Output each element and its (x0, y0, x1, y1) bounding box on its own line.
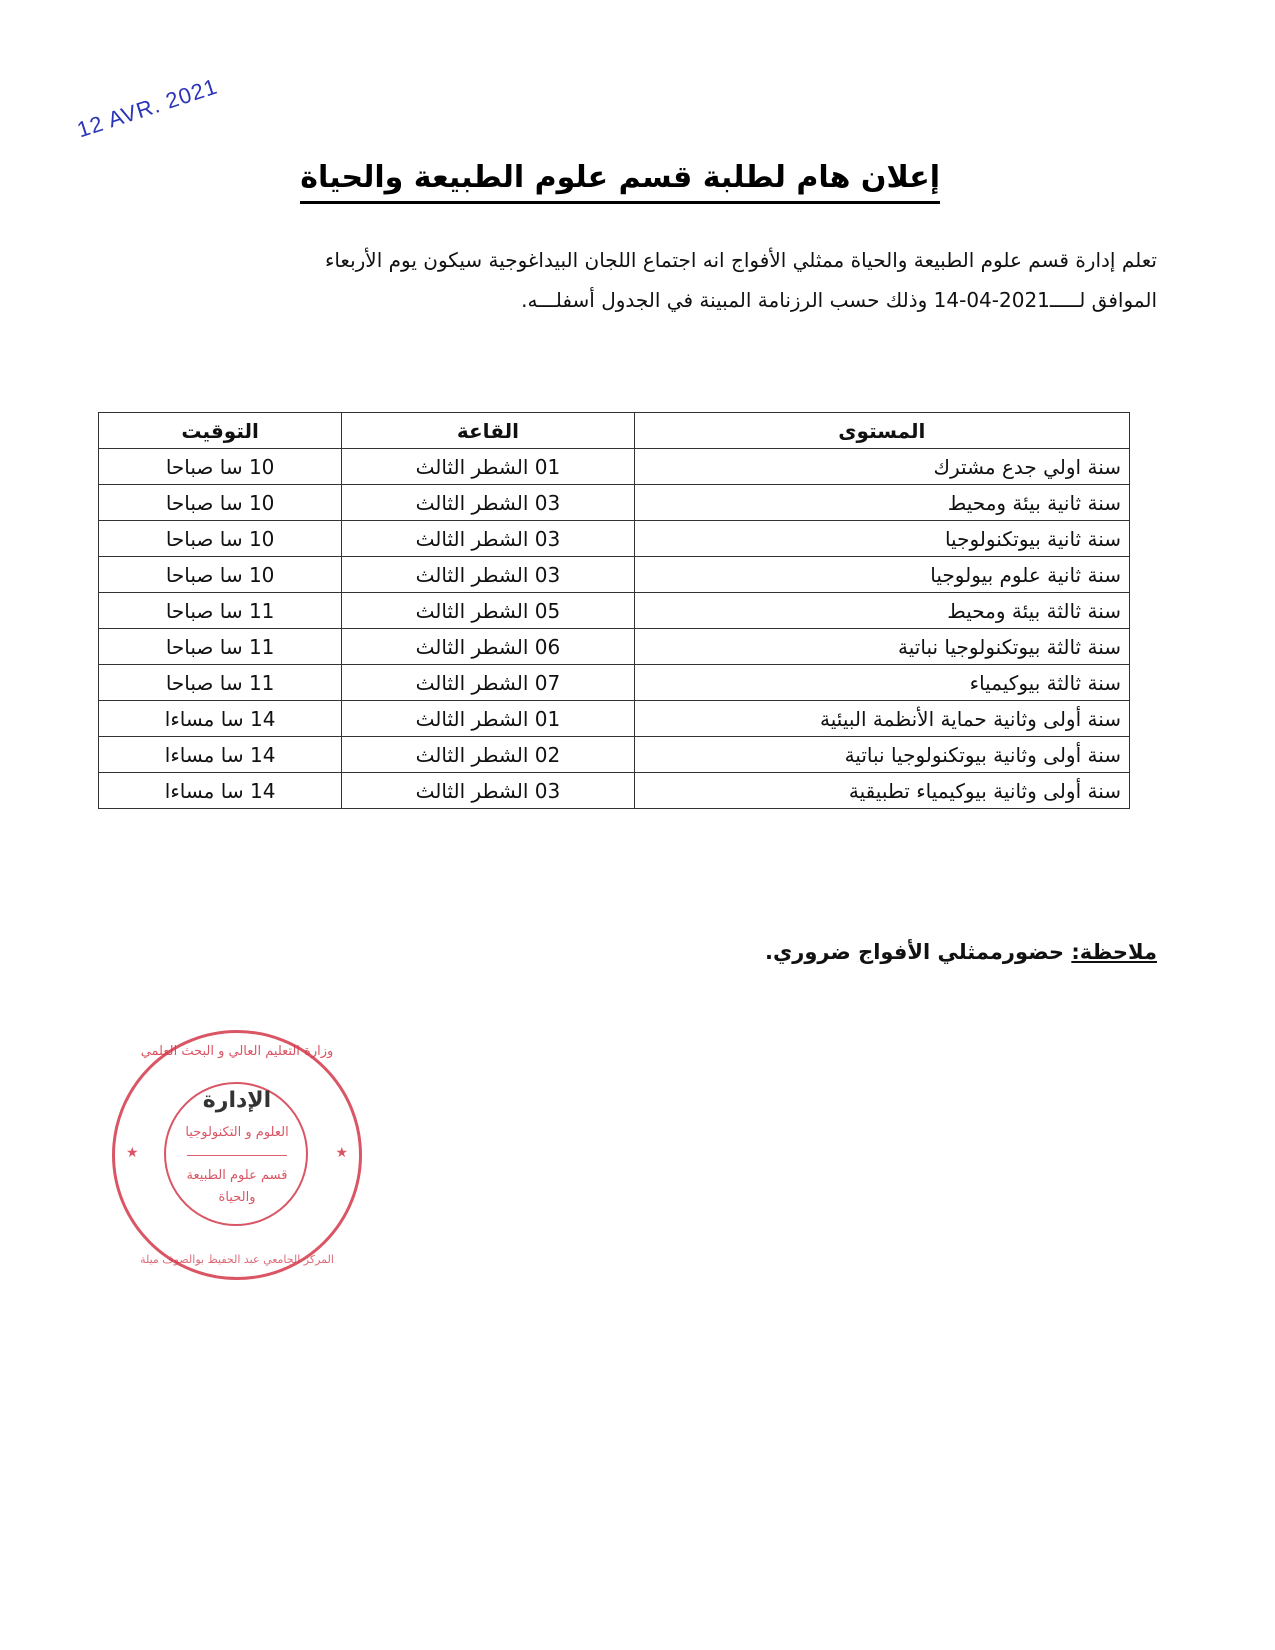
intro-paragraph: تعلم إدارة قسم علوم الطبيعة والحياة ممثل… (127, 240, 1157, 320)
intro-line-2: الموافق لـــــ2021-04-14 وذلك حسب الرزنا… (127, 280, 1157, 320)
cell-level: سنة ثالثة بيئة ومحيط (634, 593, 1129, 629)
seal-line-1: العلوم و التكنولوجيا (152, 1125, 322, 1140)
cell-room: 01 الشطر الثالث (342, 449, 634, 485)
cell-room: 03 الشطر الثالث (342, 557, 634, 593)
seal-line-2: قسم علوم الطبيعة (152, 1168, 322, 1183)
seal-title: الإدارة (112, 1088, 362, 1113)
seal-ring-top-text: وزارة التعليم العالي و البحث العلمي (112, 1044, 362, 1059)
cell-level: سنة اولي جدع مشترك (634, 449, 1129, 485)
table-row: سنة ثانية بيوتكنولوجيا 03 الشطر الثالث 1… (99, 521, 1130, 557)
cell-time: 14 سا مساءا (99, 773, 342, 809)
header-room: القاعة (342, 413, 634, 449)
cell-time: 10 سا صباحا (99, 485, 342, 521)
table-row: سنة ثانية علوم بيولوجيا 03 الشطر الثالث … (99, 557, 1130, 593)
star-icon: ★ (126, 1145, 139, 1161)
cell-room: 03 الشطر الثالث (342, 485, 634, 521)
date-received-stamp: 12 AVR. 2021 (74, 73, 221, 143)
note-label: ملاحظة: (1071, 940, 1157, 964)
meeting-schedule-table: المستوى القاعة التوقيت سنة اولي جدع مشتر… (98, 412, 1130, 809)
star-icon: ★ (335, 1145, 348, 1161)
page-title: إعلان هام لطلبة قسم علوم الطبيعة والحياة (300, 160, 940, 204)
cell-level: سنة ثالثة بيوتكنولوجيا نباتية (634, 629, 1129, 665)
cell-room: 05 الشطر الثالث (342, 593, 634, 629)
seal-ring-bottom-text: المركز الجامعي عبد الحفيظ بوالصوف ميلة (112, 1253, 362, 1266)
cell-level: سنة أولى وثانية بيوتكنولوجيا نباتية (634, 737, 1129, 773)
seal-line-3: والحياة (152, 1190, 322, 1205)
cell-level: سنة ثالثة بيوكيمياء (634, 665, 1129, 701)
cell-time: 14 سا مساءا (99, 701, 342, 737)
table-row: سنة ثالثة بيوتكنولوجيا نباتية 06 الشطر ا… (99, 629, 1130, 665)
table-header-row: المستوى القاعة التوقيت (99, 413, 1130, 449)
cell-level: سنة أولى وثانية حماية الأنظمة البيئية (634, 701, 1129, 737)
cell-time: 10 سا صباحا (99, 557, 342, 593)
cell-time: 14 سا مساءا (99, 737, 342, 773)
table-row: سنة اولي جدع مشترك 01 الشطر الثالث 10 سا… (99, 449, 1130, 485)
note: ملاحظة: حضورممثلي الأفواج ضروري. (765, 940, 1157, 964)
cell-level: سنة ثانية علوم بيولوجيا (634, 557, 1129, 593)
header-level: المستوى (634, 413, 1129, 449)
table-row: سنة أولى وثانية حماية الأنظمة البيئية 01… (99, 701, 1130, 737)
table-row: سنة أولى وثانية بيوتكنولوجيا نباتية 02 ا… (99, 737, 1130, 773)
cell-time: 10 سا صباحا (99, 521, 342, 557)
cell-room: 03 الشطر الثالث (342, 773, 634, 809)
intro-line-1: تعلم إدارة قسم علوم الطبيعة والحياة ممثل… (127, 240, 1157, 280)
cell-room: 02 الشطر الثالث (342, 737, 634, 773)
table-row: سنة ثالثة بيوكيمياء 07 الشطر الثالث 11 س… (99, 665, 1130, 701)
table-row: سنة ثالثة بيئة ومحيط 05 الشطر الثالث 11 … (99, 593, 1130, 629)
cell-room: 01 الشطر الثالث (342, 701, 634, 737)
cell-room: 07 الشطر الثالث (342, 665, 634, 701)
cell-time: 11 سا صباحا (99, 593, 342, 629)
cell-time: 10 سا صباحا (99, 449, 342, 485)
table-row: سنة ثانية بيئة ومحيط 03 الشطر الثالث 10 … (99, 485, 1130, 521)
cell-time: 11 سا صباحا (99, 665, 342, 701)
cell-level: سنة ثانية بيوتكنولوجيا (634, 521, 1129, 557)
note-text: حضورممثلي الأفواج ضروري. (765, 940, 1071, 964)
cell-level: سنة أولى وثانية بيوكيمياء تطبيقية (634, 773, 1129, 809)
table-row: سنة أولى وثانية بيوكيمياء تطبيقية 03 الش… (99, 773, 1130, 809)
cell-room: 03 الشطر الثالث (342, 521, 634, 557)
cell-level: سنة ثانية بيئة ومحيط (634, 485, 1129, 521)
seal-divider (187, 1155, 287, 1156)
cell-time: 11 سا صباحا (99, 629, 342, 665)
official-seal: وزارة التعليم العالي و البحث العلمي ★ ★ … (112, 1030, 362, 1280)
header-time: التوقيت (99, 413, 342, 449)
cell-room: 06 الشطر الثالث (342, 629, 634, 665)
